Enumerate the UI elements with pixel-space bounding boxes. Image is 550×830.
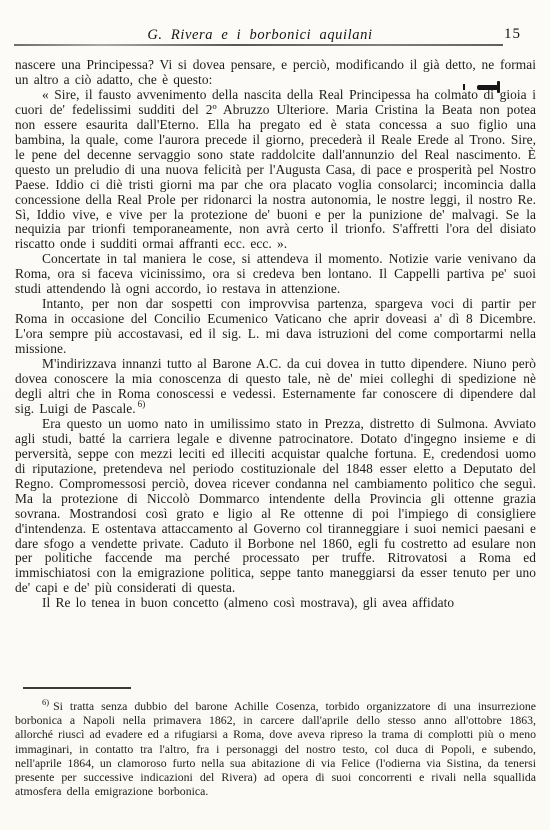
body-paragraph-5: M'indirizzava innanzi tutto al Barone A.… bbox=[15, 357, 536, 417]
paragraph-text: M'indirizzava innanzi tutto al Barone A.… bbox=[15, 356, 536, 416]
page-number: 15 bbox=[504, 26, 536, 43]
body-paragraph-3: Concertate in tal maniera le cose, si at… bbox=[15, 252, 536, 297]
footnote-paragraph: 6)Si tratta senza dubbio del barone Achi… bbox=[15, 699, 536, 798]
paragraph-text: Concertate in tal maniera le cose, si at… bbox=[15, 251, 536, 296]
body-paragraph-1: nascere una Principessa? Vi si dovea pen… bbox=[15, 58, 536, 88]
footnote-marker: 6) bbox=[42, 697, 49, 707]
body-paragraph-4: Intanto, per non dar sospetti con improv… bbox=[15, 297, 536, 357]
paragraph-text: Il Re lo tenea in buon concetto (almeno … bbox=[42, 595, 454, 610]
header-rule bbox=[14, 44, 503, 46]
paragraph-text: nascere una Principessa? Vi si dovea pen… bbox=[15, 57, 536, 87]
body-paragraph-7: Il Re lo tenea in buon concetto (almeno … bbox=[15, 596, 536, 611]
footnote-text: Si tratta senza dubbio del barone Achill… bbox=[15, 699, 536, 798]
body-paragraph-quote: « Sire, il fausto avvenimento della nasc… bbox=[15, 88, 536, 252]
paragraph-text: Intanto, per non dar sospetti con improv… bbox=[15, 296, 536, 356]
paragraph-text: « Sire, il fausto avvenimento della nasc… bbox=[15, 87, 536, 252]
book-page: G. Rivera e i borbonici aquilani 15 nasc… bbox=[0, 0, 550, 830]
footnote-separator-rule bbox=[23, 687, 131, 689]
footnote-reference: 6) bbox=[138, 399, 146, 409]
paragraph-text: Era questo un uomo nato in umilissimo st… bbox=[15, 416, 536, 595]
body-paragraph-6: Era questo un uomo nato in umilissimo st… bbox=[15, 417, 536, 596]
running-head-title: G. Rivera e i borbonici aquilani bbox=[0, 27, 520, 44]
body-text-column: nascere una Principessa? Vi si dovea pen… bbox=[15, 58, 536, 611]
footnote-block: 6)Si tratta senza dubbio del barone Achi… bbox=[15, 699, 536, 798]
